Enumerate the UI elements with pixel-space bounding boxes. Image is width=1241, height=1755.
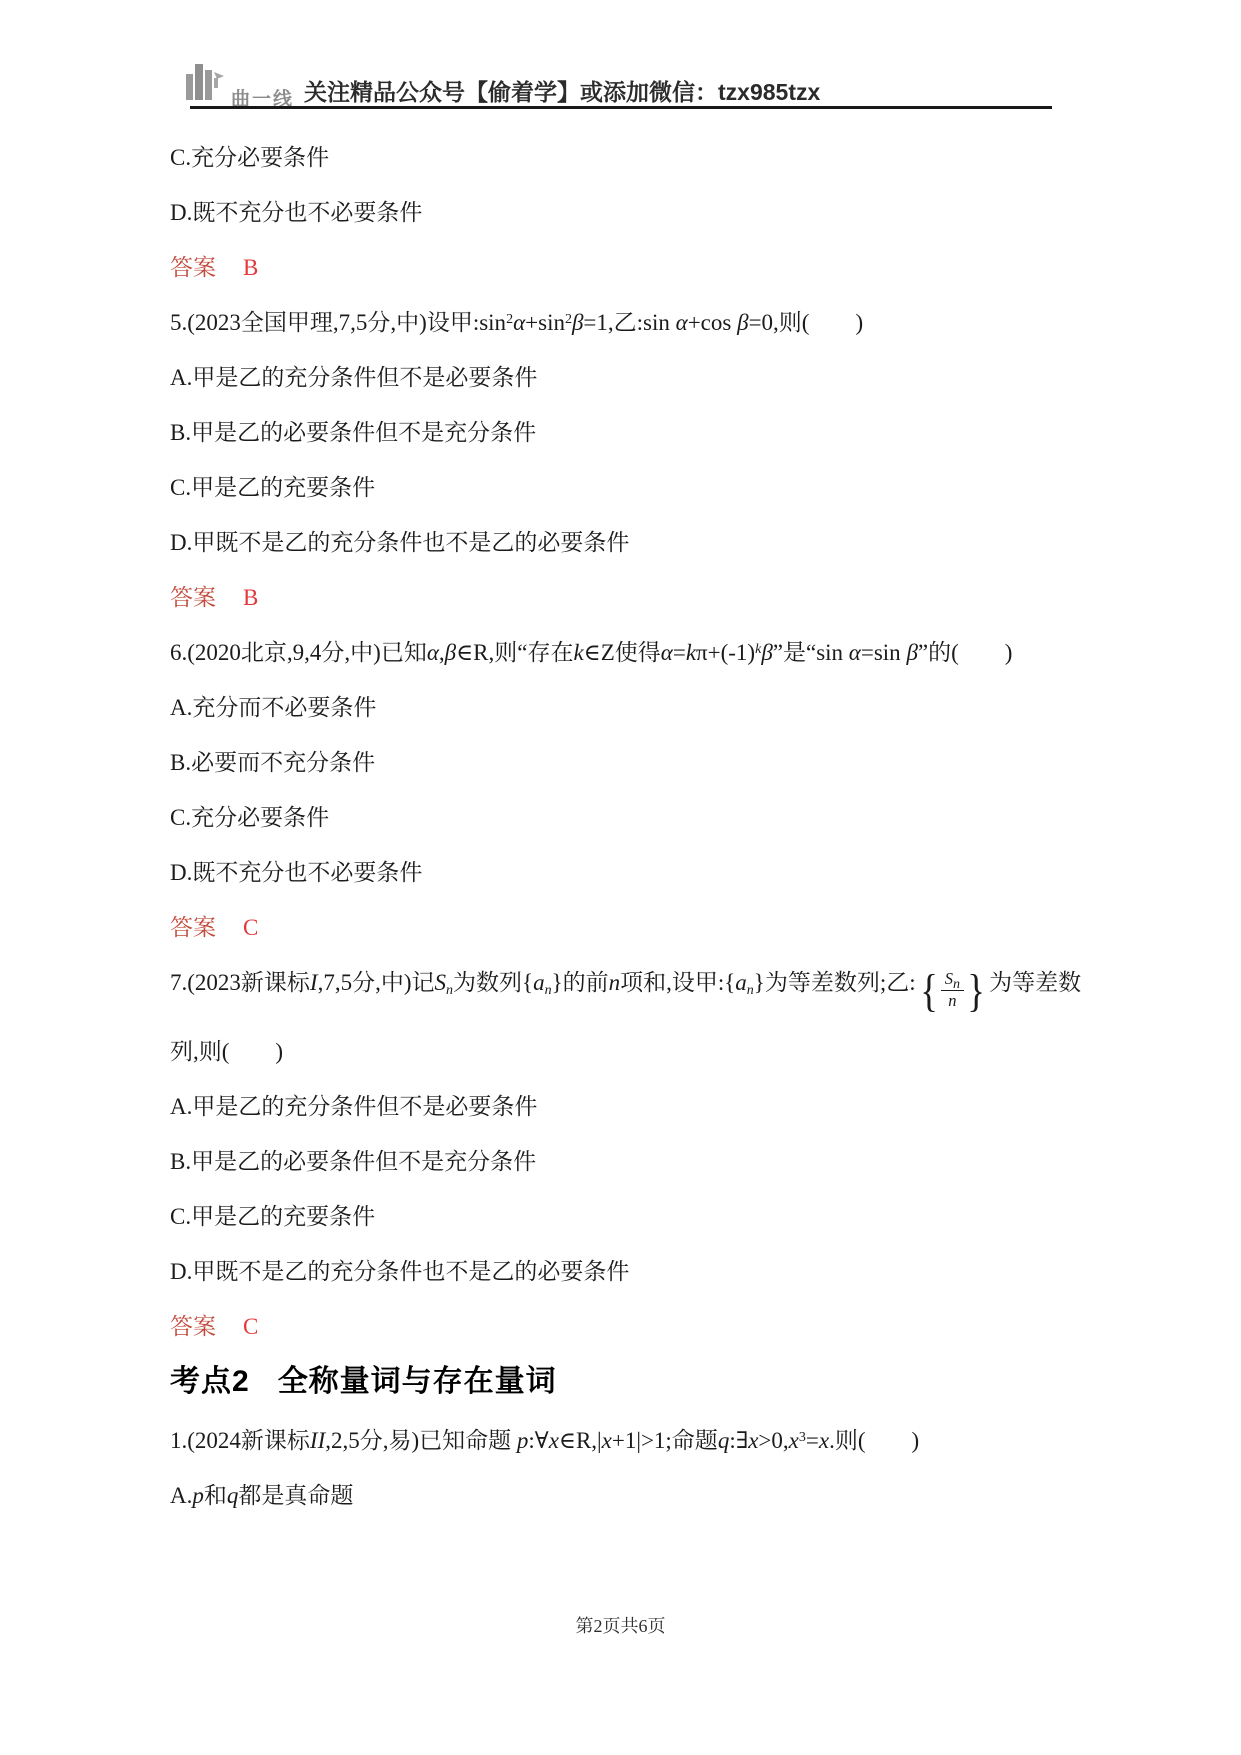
answer-label: 答案 (170, 255, 216, 280)
answer-value: B (243, 255, 258, 280)
answer-value: B (243, 585, 258, 610)
option-line: A.充分而不必要条件 (170, 693, 1085, 722)
header-divider (190, 106, 1052, 109)
text-line: 列,则( ) (170, 1037, 1085, 1066)
question-stem: 6.(2020北京,9,4分,中)已知α,β∈R,则“存在k∈Z使得α=kπ+(… (170, 638, 1085, 667)
answer-line: 答案B (170, 583, 1085, 612)
option-line: A.甲是乙的充分条件但不是必要条件 (170, 363, 1085, 392)
document-page: 曲一线 关注精品公众号【偷着学】或添加微信：tzx985tzx C.充分必要条件… (0, 0, 1241, 1755)
question-stem: 5.(2023全国甲理,7,5分,中)设甲:sin2α+sin2β=1,乙:si… (170, 308, 1085, 337)
answer-label: 答案 (170, 915, 216, 940)
page-header: 曲一线 关注精品公众号【偷着学】或添加微信：tzx985tzx (184, 58, 1081, 109)
option-line: C.充分必要条件 (170, 803, 1085, 832)
option-line: D.既不充分也不必要条件 (170, 198, 1085, 227)
question-stem: 1.(2024新课标II,2,5分,易)已知命题 p:∀x∈R,|x+1|>1;… (170, 1426, 1085, 1455)
page-number-label: 第2页共6页 (576, 1616, 666, 1636)
fraction: Snn (941, 970, 964, 1011)
heading-title: 全称量词与存在量词 (278, 1365, 557, 1398)
option-line: A.甲是乙的充分条件但不是必要条件 (170, 1092, 1085, 1121)
answer-value: C (243, 1314, 258, 1339)
fraction-braced: {Snn} (918, 970, 987, 1011)
option-line: C.甲是乙的充要条件 (170, 473, 1085, 502)
answer-line: 答案C (170, 1312, 1085, 1341)
option-line: C.充分必要条件 (170, 143, 1085, 172)
option-line: D.甲既不是乙的充分条件也不是乙的必要条件 (170, 1257, 1085, 1286)
fraction-numerator: Sn (941, 970, 964, 990)
option-line: B.甲是乙的必要条件但不是充分条件 (170, 418, 1085, 447)
header-notice-text: 关注精品公众号【偷着学】或添加微信：tzx985tzx (304, 74, 820, 109)
page-footer: 第2页共6页 (0, 1612, 1241, 1638)
option-line: B.必要而不充分条件 (170, 748, 1085, 777)
document-body: C.充分必要条件D.既不充分也不必要条件答案B5.(2023全国甲理,7,5分,… (170, 143, 1085, 1536)
open-brace: { (920, 971, 938, 1010)
option-line: D.甲既不是乙的充分条件也不是乙的必要条件 (170, 528, 1085, 557)
answer-line: 答案B (170, 253, 1085, 282)
option-line: A.p和q都是真命题 (170, 1481, 1085, 1510)
answer-label: 答案 (170, 585, 216, 610)
option-line: C.甲是乙的充要条件 (170, 1202, 1085, 1231)
answer-value: C (243, 915, 258, 940)
brand-logo-icon (184, 58, 226, 109)
option-line: D.既不充分也不必要条件 (170, 858, 1085, 887)
question-stem: 7.(2023新课标I,7,5分,中)记Sn为数列{an}的前n项和,设甲:{a… (170, 968, 1085, 1011)
option-line: B.甲是乙的必要条件但不是充分条件 (170, 1147, 1085, 1176)
answer-label: 答案 (170, 1314, 216, 1339)
heading-number: 考点2 (170, 1365, 250, 1398)
close-brace: } (967, 971, 985, 1010)
fraction-denominator: n (941, 990, 964, 1011)
answer-line: 答案C (170, 913, 1085, 942)
section-heading: 考点2全称量词与存在量词 (170, 1367, 1085, 1396)
